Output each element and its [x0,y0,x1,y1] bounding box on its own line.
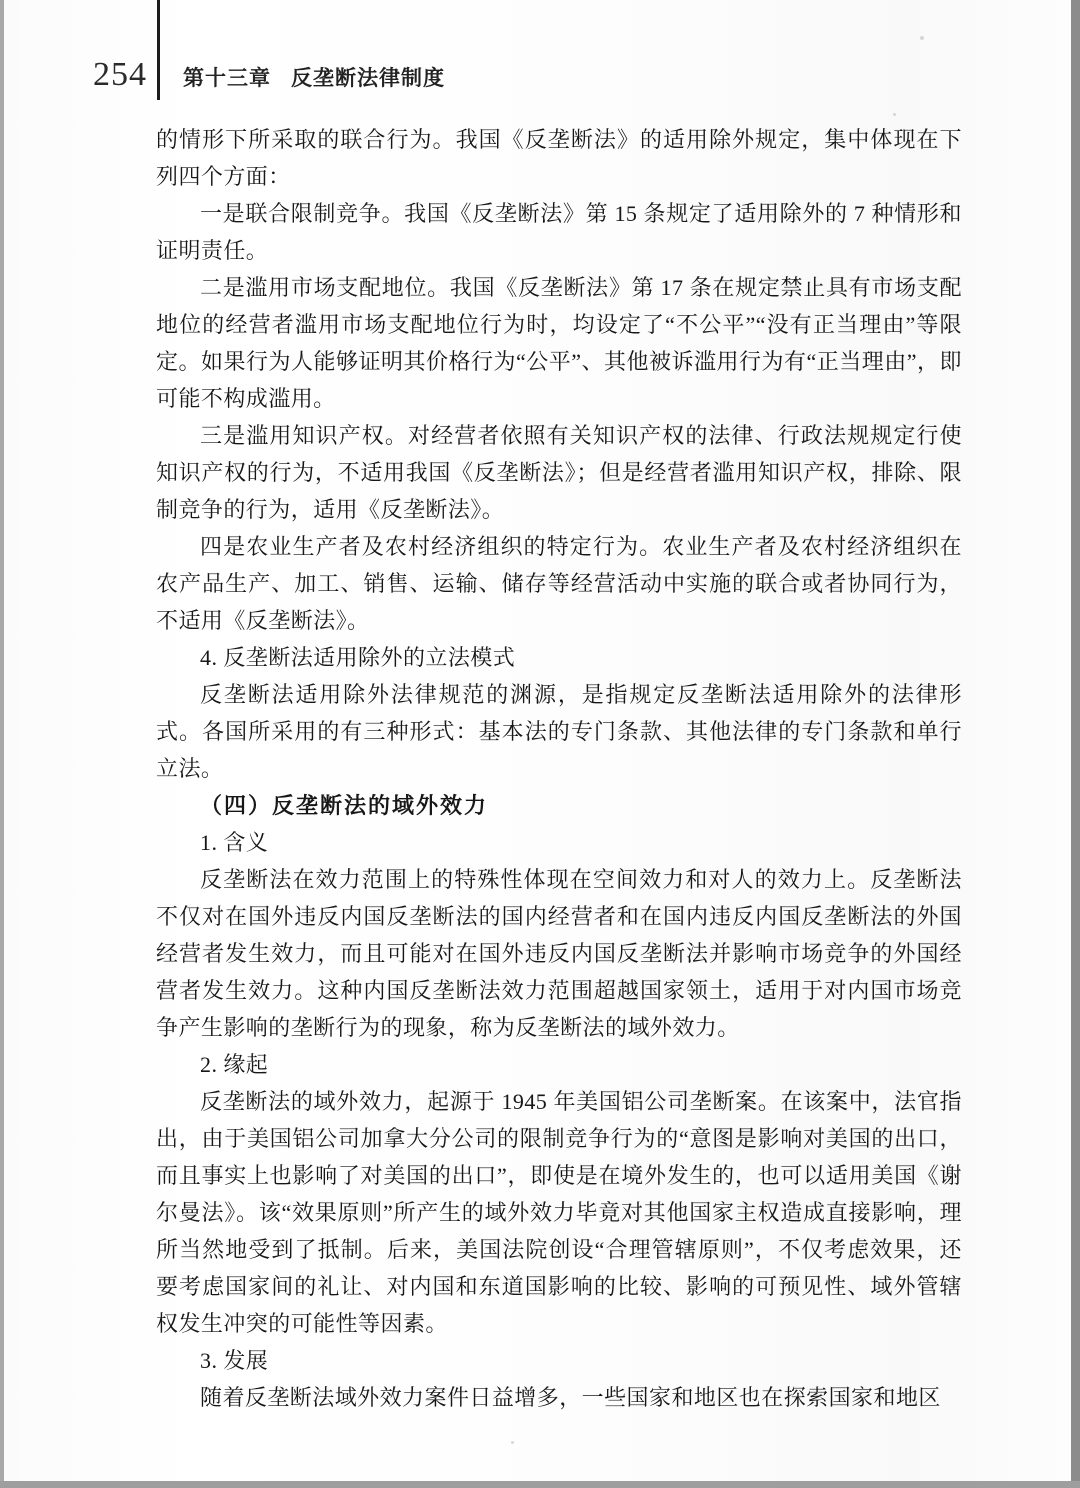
paragraph: 反垄断法适用除外法律规范的渊源，是指规定反垄断法适用除外的法律形式。各国所采用的… [156,676,962,787]
paragraph: 二是滥用市场支配地位。我国《反垄断法》第 17 条在规定禁止具有市场支配地位的经… [156,269,962,417]
running-header: 第十三章反垄断法律制度 [183,62,445,92]
paragraph: 四是农业生产者及农村经济组织的特定行为。农业生产者及农村经济组织在农产品生产、加… [156,528,962,639]
page-number: 254 [93,56,147,94]
scan-edge-left [0,0,4,1488]
numbered-heading: 1. 含义 [156,824,962,861]
header-divider-rule [157,0,160,100]
numbered-heading: 3. 发展 [156,1342,962,1379]
scan-edge-bottom [0,1481,1080,1488]
scan-edge-right [1071,0,1080,1488]
paragraph: 一是联合限制竞争。我国《反垄断法》第 15 条规定了适用除外的 7 种情形和证明… [156,195,962,269]
paragraph: 三是滥用知识产权。对经营者依照有关知识产权的法律、行政法规规定行使知识产权的行为… [156,417,962,528]
chapter-label: 第十三章 [183,67,271,90]
page-body: 的情形下所采取的联合行为。我国《反垄断法》的适用除外规定，集中体现在下列四个方面… [156,121,962,1416]
scan-speck [511,1441,514,1444]
section-heading: （四）反垄断法的域外效力 [156,787,962,824]
numbered-heading: 4. 反垄断法适用除外的立法模式 [156,639,962,676]
scan-speck [893,113,896,116]
paragraph: 反垄断法在效力范围上的特殊性体现在空间效力和对人的效力上。反垄断法不仅对在国外违… [156,861,962,1046]
scan-speck [920,36,924,40]
chapter-title: 反垄断法律制度 [291,67,445,90]
paragraph: 反垄断法的域外效力，起源于 1945 年美国铝公司垄断案。在该案中，法官指出，由… [156,1083,962,1342]
numbered-heading: 2. 缘起 [156,1046,962,1083]
paragraph: 的情形下所采取的联合行为。我国《反垄断法》的适用除外规定，集中体现在下列四个方面… [156,121,962,195]
paragraph: 随着反垄断法域外效力案件日益增多，一些国家和地区也在探索国家和地区 [156,1379,962,1416]
